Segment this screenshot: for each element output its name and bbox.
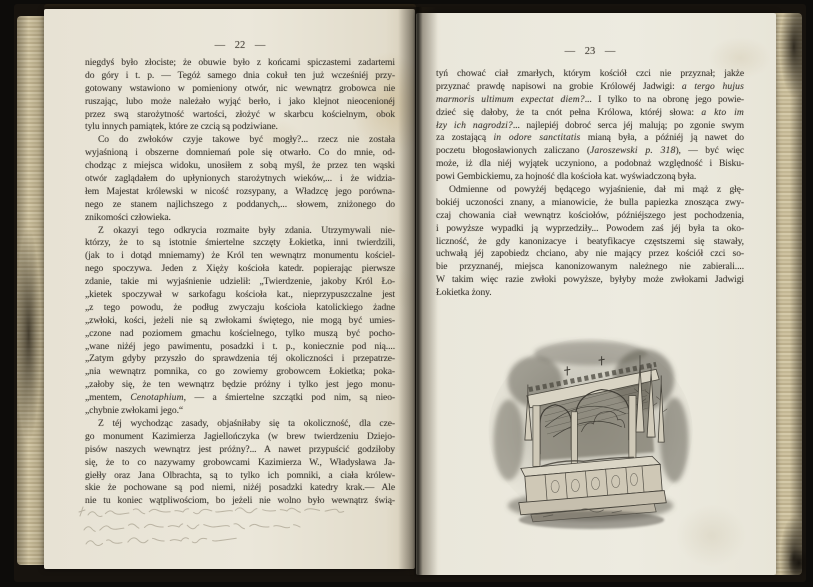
text-segment: nego ze stanem najlichszego z poddanych,… <box>85 199 395 210</box>
text-line: zdanie, takie mi wyjaśnienie udzielił: „… <box>85 276 395 289</box>
text-line: tyń chować ciał zmarłych, którym kościół… <box>436 68 744 81</box>
italic-text-segment: łzy ich nagrodzi? <box>436 120 513 131</box>
text-segment: go monument Kazimierza Jagiellończyka (w… <box>85 431 395 442</box>
text-segment: może, iż dla niéj wyjątek uczyniono, a p… <box>436 158 744 169</box>
text-line: otwór zaglądałem do upłynionych starożyt… <box>85 173 395 186</box>
text-segment: którzy, że to są istotnie śmiertelne szc… <box>85 237 395 248</box>
text-line: pisów naszych wewnątrz jest próżny?... A… <box>85 444 395 457</box>
text-line: tylu innych pamiątek, które ze czcią są … <box>85 121 395 134</box>
text-segment: ... I tylko to na obronę jego powie- <box>585 94 744 105</box>
italic-text-segment: Jaroszewski p. 318 <box>590 145 675 156</box>
text-segment: gotowany wstawiono w pomieniony otwór, n… <box>85 83 395 94</box>
book-fore-edge-left <box>17 16 46 565</box>
text-line: znikomości człowieka. <box>85 212 395 225</box>
text-line: bie przyznanéj, miejsca kanonizowanym na… <box>436 261 744 274</box>
text-segment: „zwłoki, kości, jeżeli nie są zwłokami ś… <box>85 315 395 326</box>
text-segment: łem Majestat królewski w nicość rozsypan… <box>85 186 395 197</box>
text-segment: i powyższe wypadki ją wyprzedziły... Pow… <box>436 223 744 234</box>
italic-text-segment: Cenotaphium <box>130 392 183 403</box>
book-fore-edge-right <box>775 13 802 575</box>
text-line: za zostającą in odore sanctitatis mianą … <box>436 132 744 145</box>
text-line: marmoris ultimum expectat diem?... I tyl… <box>436 94 744 107</box>
text-segment: Z okazyi tego odkrycia rozmaite były zda… <box>98 225 395 236</box>
text-segment: „czone nad poziomem gmachu kościelnego, … <box>85 328 395 339</box>
text-segment: do góry i t. p. — Tegóż samego dnia coku… <box>85 70 395 81</box>
text-segment: bokiéj uczoności znany, a mianowicie, że… <box>436 197 744 208</box>
text-line: poczetu błogosławionych zaliczano (Jaros… <box>436 145 744 158</box>
italic-text-segment: a tergo hujus <box>682 81 744 92</box>
text-line: Łokietka żony. <box>436 287 744 300</box>
text-segment: , — a śmiertelne szczątki pod nim, są ni… <box>184 392 395 403</box>
text-segment: liczność, że gdy kanonizacye i beatyfika… <box>436 236 744 247</box>
text-segment: poczetu błogosławionych zaliczano ( <box>436 145 590 156</box>
text-line: niegdyś było złociste; że obuwie było z … <box>85 57 395 70</box>
text-line: dzieć się dałoby, że ta cnót pełna Królo… <box>436 107 744 120</box>
text-segment: „nia wewnątrz pomnika, co go zowiemy gro… <box>85 366 395 377</box>
text-segment: chodząc z miejsca widoku, unosiłem z sob… <box>85 160 395 171</box>
text-segment: uchwałą jéj zapobiedz chciano, aby nie m… <box>436 248 744 259</box>
text-segment: Co do zwłoków czyje takowe być mogły?...… <box>98 134 395 145</box>
text-segment: mianą była, a późniéj ją nawet do <box>580 132 744 143</box>
page-corner-flaw <box>788 548 810 578</box>
text-line: go monument Kazimierza Jagiellończyka (w… <box>85 431 395 444</box>
text-segment: tyń chować ciał zmarłych, którym kościół… <box>436 68 744 79</box>
gothic-tomb-engraving-illustration <box>482 331 700 533</box>
text-line: przez swą starożytność wartości, złożyć … <box>85 109 395 122</box>
text-line: nego spoczywa. Jeden z Xięży kościoła ka… <box>85 263 395 276</box>
text-segment: za zostającą <box>436 132 493 143</box>
text-segment: giełły oraz Jana Olbrachta, są to tylko … <box>85 470 395 481</box>
left-page-text: niegdyś było złociste; że obuwie było z … <box>85 57 395 508</box>
text-line: „nia wewnątrz pomnika, co go zowiemy gro… <box>85 366 395 379</box>
text-segment: otwór zaglądałem do upłynionych starożyt… <box>85 173 395 184</box>
page-22-number: — 22 — <box>85 40 395 51</box>
text-line: się, że to co nazywamy grobowcami Kazimi… <box>85 457 395 470</box>
text-line: łem Majestat królewski w nicość rozsypan… <box>85 186 395 199</box>
text-segment: nego spoczywa. Jeden z Xięży kościoła ka… <box>85 263 395 274</box>
text-segment: Z téj wychodząc zasady, objaśniłaby się … <box>98 418 395 429</box>
text-segment: wyjaśnioną i obszerne domniemań pole się… <box>85 147 395 158</box>
text-segment: tylu innych pamiątek, które ze czcią są … <box>85 121 278 132</box>
text-segment: „chybnie zwłokami jego.“ <box>85 405 183 416</box>
italic-text-segment: a kto im <box>701 107 744 118</box>
text-segment: pisów naszych wewnątrz jest próżny?... A… <box>85 444 395 455</box>
text-line: chodząc z miejsca widoku, unosiłem z sob… <box>85 160 395 173</box>
text-line: powi Gembickiemu, za hojność dla kościoł… <box>436 171 744 184</box>
text-line: „wane niżéj jego pawimentu, posadzki i t… <box>85 341 395 354</box>
book-scan: — 22 — niegdyś było złociste; że obuwie … <box>0 0 813 587</box>
text-segment: „wane niżéj jego pawimentu, posadzki i t… <box>85 341 395 352</box>
text-segment: (jak to i dotąd mniemamy) że Król ten we… <box>85 250 395 261</box>
text-line: Odmienne od powyżéj będącego wyjaśnienie… <box>436 184 744 197</box>
text-line: którzy, że to są istotnie śmiertelne szc… <box>85 237 395 250</box>
italic-text-segment: in odore sanctitatis <box>493 132 580 143</box>
text-line: „kietek spoczywał w sarkofagu kościoła k… <box>85 289 395 302</box>
text-line: „z tego powodu, że podług zwyczaju kości… <box>85 302 395 315</box>
text-line: „zwłoki, kości, jeżeli nie są zwłokami ś… <box>85 315 395 328</box>
text-segment: ), — być więc <box>675 145 744 156</box>
text-segment: „mentem, <box>85 392 130 403</box>
text-line: skie że pochowane są pod niemi, niżéj po… <box>85 482 395 495</box>
text-line: łzy ich nagrodzi?... najlepiéj dobroć se… <box>436 120 744 133</box>
page-23: — 23 — tyń chować ciał zmarłych, którym … <box>416 13 776 575</box>
text-line: liczność, że gdy kanonizacye i beatyfika… <box>436 236 744 249</box>
text-segment: „z tego powodu, że podług zwyczaju kości… <box>85 302 395 313</box>
text-line: i powyższe wypadki ją wyprzedziły... Pow… <box>436 223 744 236</box>
text-segment: zdanie, takie mi wyjaśnienie udzielił: „… <box>85 276 395 287</box>
text-line: „załoby się, że ten wewnątrz będzie próż… <box>85 379 395 392</box>
text-segment: przez swą starożytność wartości, złożyć … <box>85 109 395 120</box>
text-segment: czaj chowania ciał wewnątrz kościołów, p… <box>436 210 744 221</box>
text-segment: przyznać prawdę napisowi na grobie Królo… <box>436 81 682 92</box>
text-segment: ruszając, lubo może należało wyjąć berło… <box>85 96 395 107</box>
text-segment: się, że to co nazywamy grobowcami Kazimi… <box>85 457 395 468</box>
text-segment: „załoby się, że ten wewnątrz będzie próż… <box>85 379 395 390</box>
text-segment: niegdyś było złociste; że obuwie było z … <box>85 57 395 68</box>
text-line: „mentem, Cenotaphium, — a śmiertelne szc… <box>85 392 395 405</box>
page-22: — 22 — niegdyś było złociste; że obuwie … <box>44 9 415 569</box>
text-segment: ... najlepiéj dobroć serca jéj malują; p… <box>513 120 744 131</box>
text-segment: bie przyznanéj, miejsca kanonizowanym na… <box>436 261 744 272</box>
text-segment: skie że pochowane są pod niemi, niżéj po… <box>85 482 395 493</box>
text-line: do góry i t. p. — Tegóż samego dnia coku… <box>85 70 395 83</box>
text-line: może, iż dla niéj wyjątek uczyniono, a p… <box>436 158 744 171</box>
pencil-annotation <box>76 502 398 556</box>
text-segment: W takim więc razie zwłoki powyższe, były… <box>436 274 744 285</box>
text-line: ruszając, lubo może należało wyjąć berło… <box>85 96 395 109</box>
text-line: bokiéj uczoności znany, a mianowicie, że… <box>436 197 744 210</box>
text-line: W takim więc razie zwłoki powyższe, były… <box>436 274 744 287</box>
text-line: Z okazyi tego odkrycia rozmaite były zda… <box>85 225 395 238</box>
text-line: przyznać prawdę napisowi na grobie Królo… <box>436 81 744 94</box>
text-line: nego ze stanem najlichszego z poddanych,… <box>85 199 395 212</box>
text-line: „chybnie zwłokami jego.“ <box>85 405 395 418</box>
text-line: „czone nad poziomem gmachu kościelnego, … <box>85 328 395 341</box>
text-line: czaj chowania ciał wewnątrz kościołów, p… <box>436 210 744 223</box>
text-segment: znikomości człowieka. <box>85 212 171 223</box>
text-line: uchwałą jéj zapobiedz chciano, aby nie m… <box>436 248 744 261</box>
italic-text-segment: marmoris ultimum expectat diem? <box>436 94 585 105</box>
text-segment: dzieć się dałoby, że ta cnót pełna Królo… <box>436 107 701 118</box>
text-segment: powi Gembickiemu, za hojność dla kościoł… <box>436 171 696 182</box>
text-segment: Łokietka żony. <box>436 287 492 298</box>
text-line: gotowany wstawiono w pomieniony otwór, n… <box>85 83 395 96</box>
text-line: (jak to i dotąd mniemamy) że Król ten we… <box>85 250 395 263</box>
text-segment: Odmienne od powyżéj będącego wyjaśnienie… <box>449 184 744 195</box>
text-line: wyjaśnioną i obszerne domniemań pole się… <box>85 147 395 160</box>
text-line: „Zatym gdyby przyszło do sprawdzenia téj… <box>85 353 395 366</box>
text-line: Co do zwłoków czyje takowe być mogły?...… <box>85 134 395 147</box>
text-segment: „kietek spoczywał w sarkofagu kościoła k… <box>85 289 395 300</box>
page-23-number: — 23 — <box>436 46 744 57</box>
text-line: Z téj wychodząc zasady, objaśniłaby się … <box>85 418 395 431</box>
text-line: giełły oraz Jana Olbrachta, są to tylko … <box>85 470 395 483</box>
text-segment: „Zatym gdyby przyszło do sprawdzenia téj… <box>85 353 395 364</box>
right-page-text: tyń chować ciał zmarłych, którym kościół… <box>436 68 744 300</box>
